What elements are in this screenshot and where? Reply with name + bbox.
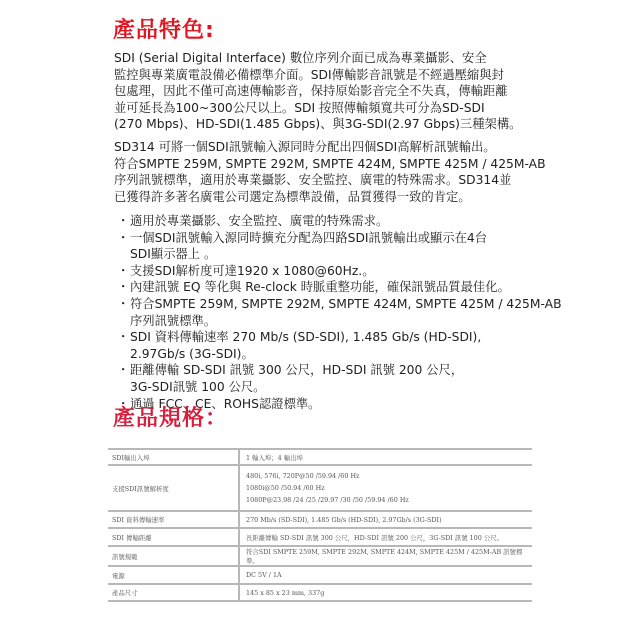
spec-value: 145 x 85 x 23 mm, 337g — [239, 584, 532, 601]
table-row: SDI輸出入埠 1 輸入埠；4 輸出埠 — [108, 449, 532, 465]
paragraph-line: 已獲得許多著名廣電公司選定為標準設備，品質獲得一致的肯定。 — [114, 189, 544, 206]
paragraph-line: 符合SMPTE 259M, SMPTE 292M, SMPTE 424M, SM… — [114, 156, 544, 173]
features-paragraph-sd314: SD314 可將一個SDI訊號輸入源同時分配出四個SDI高解析訊號輸出。 符合S… — [114, 139, 544, 205]
paragraph-line: 序列訊號標準，適用於專業攝影、安全監控、廣電的特殊需求。SD314並 — [114, 172, 544, 189]
table-row: 訊號規範 符合SDI SMPTE 259M, SMPTE 292M, SMPTE… — [108, 546, 532, 566]
table-row: SDI 資料傳輸速率 270 Mb/s (SD-SDI), 1.485 Gb/s… — [108, 511, 532, 528]
bullet-item: ・ 支援SDI解析度可達1920 x 1080@60Hz.。 — [117, 263, 562, 280]
bullet-item: ・ SDI 資料傳輸速率 270 Mb/s (SD-SDI), 1.485 Gb… — [117, 329, 562, 362]
bullet-dot-icon: ・ — [117, 329, 129, 346]
spec-key: 支援SDI訊號解析度 — [108, 465, 239, 511]
bullet-item: ・ 符合SMPTE 259M, SMPTE 292M, SMPTE 424M, … — [117, 296, 562, 329]
spec-key: 產品尺寸 — [108, 584, 239, 601]
bullet-item: ・ 適用於專業攝影、安全監控、廣電的特殊需求。 — [117, 213, 562, 230]
spec-value: 長距離傳輸 SD-SDI 訊號 300 公尺，HD-SDI 訊號 200 公尺，… — [239, 528, 532, 546]
paragraph-line: 包處理，因此不僅可高速傳輸影音，保持原始影音完全不失真，傳輸距離 — [114, 83, 544, 100]
bullet-item: ・ 距離傳輸 SD-SDI 訊號 300 公尺，HD-SDI 訊號 200 公尺… — [117, 362, 562, 395]
features-bullet-list: ・ 適用於專業攝影、安全監控、廣電的特殊需求。 ・ 一個SDI訊號輸入源同時擴充… — [117, 213, 562, 412]
spec-value: 符合SDI SMPTE 259M, SMPTE 292M, SMPTE 424M… — [239, 546, 532, 566]
bullet-dot-icon: ・ — [117, 213, 129, 230]
paragraph-line: (270 Mbps)、HD-SDI(1.485 Gbps)、與3G-SDI(2.… — [114, 116, 544, 133]
bullet-item: ・ 一個SDI訊號輸入源同時擴充分配為四路SDI訊號輸出或顯示在4台 SDI顯示… — [117, 230, 562, 263]
spec-value: 480i, 576i, 720P@50 /59.94 /60 Hz 1080i@… — [239, 465, 532, 511]
specs-title: 產品規格： — [113, 401, 228, 432]
spec-key: 訊號規範 — [108, 546, 239, 566]
bullet-dot-icon: ・ — [117, 263, 129, 280]
features-paragraph-intro: SDI (Serial Digital Interface) 數位序列介面已成為… — [114, 50, 544, 133]
table-row: SDI 傳輸距離 長距離傳輸 SD-SDI 訊號 300 公尺，HD-SDI 訊… — [108, 528, 532, 546]
features-title: 產品特色: — [113, 13, 215, 44]
spec-key: 電源 — [108, 566, 239, 584]
table-row: 電源 DC 5V / 1A — [108, 566, 532, 584]
bullet-dot-icon: ・ — [117, 279, 129, 296]
bullet-dot-icon: ・ — [117, 362, 129, 379]
spec-value: DC 5V / 1A — [239, 566, 532, 584]
bullet-dot-icon: ・ — [117, 296, 129, 313]
table-row: 產品尺寸 145 x 85 x 23 mm, 337g — [108, 584, 532, 601]
paragraph-line: 並可延長為100~300公尺以上。SDI 按照傳輸頻寬共可分為SD-SDI — [114, 100, 544, 117]
bullet-item: ・ 內建訊號 EQ 等化與 Re-clock 時脈重整功能，確保訊號品質最佳化。 — [117, 279, 562, 296]
paragraph-line: SDI (Serial Digital Interface) 數位序列介面已成為… — [114, 50, 544, 67]
spec-key: SDI 傳輸距離 — [108, 528, 239, 546]
spec-value: 270 Mb/s (SD-SDI), 1.485 Gb/s (HD-SDI), … — [239, 511, 532, 528]
table-row: 支援SDI訊號解析度 480i, 576i, 720P@50 /59.94 /6… — [108, 465, 532, 511]
spec-key: SDI 資料傳輸速率 — [108, 511, 239, 528]
paragraph-line: SD314 可將一個SDI訊號輸入源同時分配出四個SDI高解析訊號輸出。 — [114, 139, 544, 156]
bullet-dot-icon: ・ — [117, 230, 129, 247]
spec-value: 1 輸入埠；4 輸出埠 — [239, 449, 532, 465]
paragraph-line: 監控與專業廣電設備必備標準介面。SDI傳輸影音訊號是不經過壓縮與封 — [114, 67, 544, 84]
specs-table: SDI輸出入埠 1 輸入埠；4 輸出埠 支援SDI訊號解析度 480i, 576… — [108, 448, 532, 602]
spec-key: SDI輸出入埠 — [108, 449, 239, 465]
